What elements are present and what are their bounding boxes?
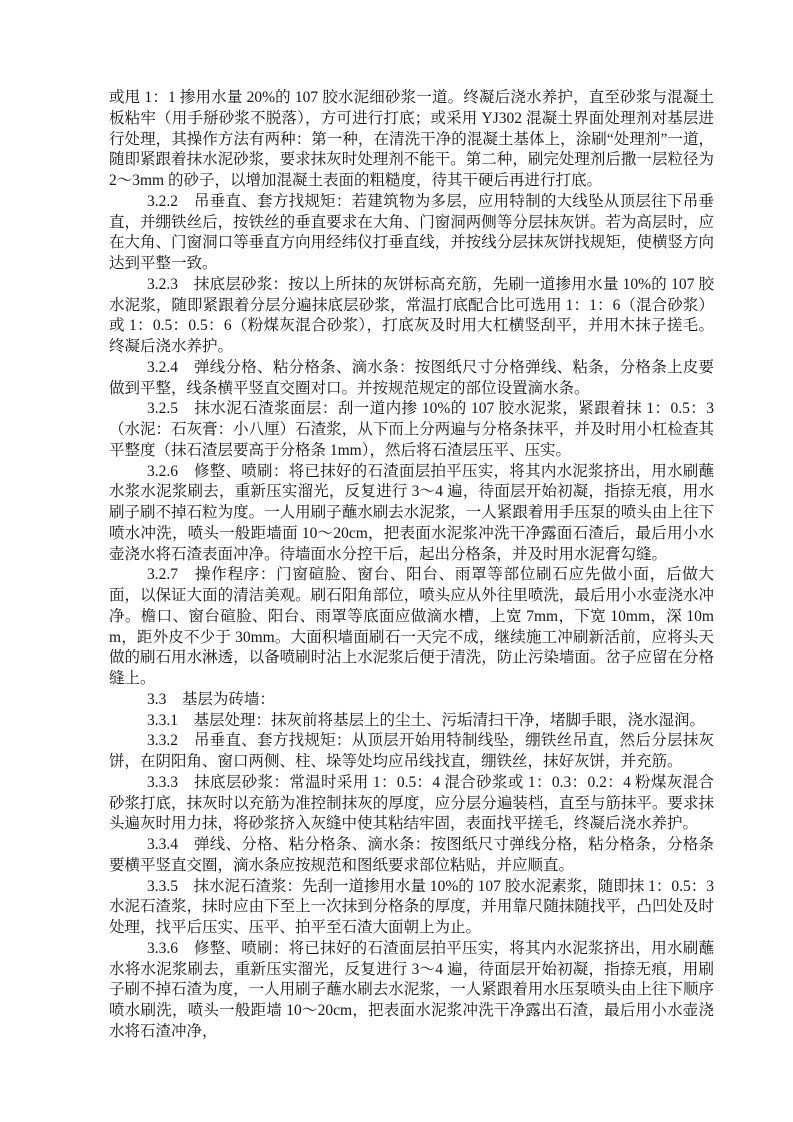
section-paragraph-3.2.4: 3.2.4 弹线分格、粘分格条、滴水条：按图纸尺寸分格弹线、粘条，分格条上皮要做… — [109, 358, 714, 400]
section-paragraph-3.2.2: 3.2.2 吊垂直、套方找规矩：若建筑物为多层，应用特制的大线坠从顶层往下吊垂直… — [109, 192, 714, 275]
section-paragraph-3.2.6: 3.2.6 修整、喷刷：将已抹好的石渣面层拍平压实，将其内水泥浆挤出，用水刷蘸水… — [109, 462, 714, 566]
document-page: 或甩 1：1 掺用水量 20%的 107 胶水泥细砂浆一道。终凝后浇水养护，直至… — [0, 0, 793, 1122]
section-paragraph-3.3.3: 3.3.3 抹底层砂浆：常温时采用 1：0.5：4 混合砂浆或 1：0.3：0.… — [109, 773, 714, 835]
section-paragraph-3.2.3: 3.2.3 抹底层砂浆：按以上所抹的灰饼标高充筋，先刷一道掺用水量 10%的 1… — [109, 275, 714, 358]
paragraph-continuation: 或甩 1：1 掺用水量 20%的 107 胶水泥细砂浆一道。终凝后浇水养护，直至… — [109, 88, 714, 192]
section-paragraph-3.3.4: 3.3.4 弹线、分格、粘分格条、滴水条：按图纸尺寸弹线分格，粘分格条，分格条要… — [109, 835, 714, 877]
section-paragraph-3.3: 3.3 基层为砖墙： — [109, 690, 714, 711]
section-paragraph-3.3.6: 3.3.6 修整、喷刷：将已抹好的石渣面层拍平压实，将其内水泥浆挤出，用水刷蘸水… — [109, 939, 714, 1043]
section-paragraph-3.3.1: 3.3.1 基层处理：抹灰前将基层上的尘土、污垢清扫干净，堵脚手眼，浇水湿润。 — [109, 711, 714, 732]
section-paragraph-3.3.2: 3.3.2 吊垂直、套方找规矩：从顶层开始用特制线坠，绷铁丝吊直，然后分层抹灰饼… — [109, 731, 714, 773]
section-paragraph-3.2.7: 3.2.7 操作程序：门窗碹脸、窗台、阳台、雨罩等部位刷石应先做小面，后做大面，… — [109, 565, 714, 690]
section-paragraph-3.2.5: 3.2.5 抹水泥石渣浆面层：刮一道内掺 10%的 107 胶水泥浆，紧跟着抹 … — [109, 399, 714, 461]
document-body: 或甩 1：1 掺用水量 20%的 107 胶水泥细砂浆一道。终凝后浇水养护，直至… — [109, 88, 714, 1043]
section-paragraph-3.3.5: 3.3.5 抹水泥石渣浆：先刮一道掺用水量 10%的 107 胶水泥素浆，随即抹… — [109, 877, 714, 939]
